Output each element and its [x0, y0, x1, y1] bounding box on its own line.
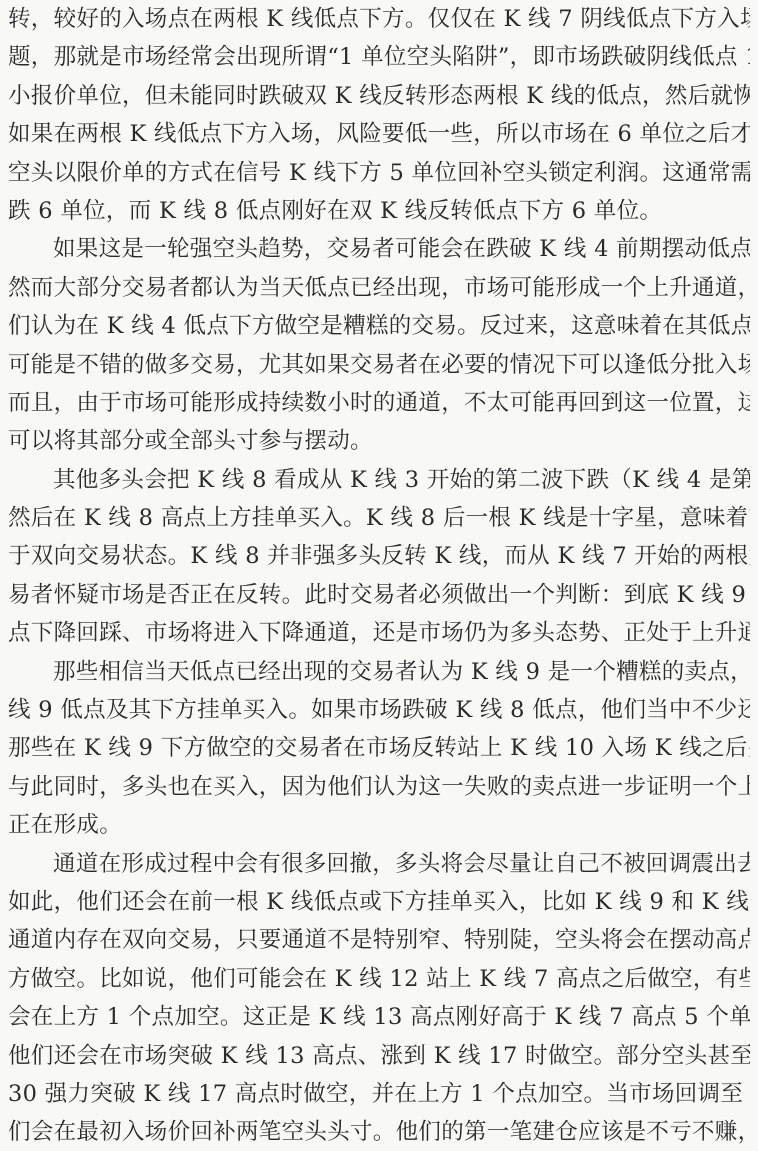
text-line: 如果这是一轮强空头趋势，交易者可能会在跌破 K 线 4 前期摆动低点时做空。	[8, 230, 750, 268]
text-line: 然而大部分交易者都认为当天低点已经出现，市场可能形成一个上升通道，因此他	[8, 269, 750, 307]
paragraph-3: 其他多头会把 K 线 8 看成从 K 线 3 开始的第二波下跌（K 线 4 是第…	[8, 461, 750, 653]
text-line: 如此，他们还会在前一根 K 线低点或下方挂单买入，比如 K 线 9 和 K 线 …	[8, 883, 750, 921]
text-line: 线 9 低点及其下方挂单买入。如果市场跌破 K 线 8 低点，他们当中不少还可能…	[8, 691, 750, 729]
text-line: 其他多头会把 K 线 8 看成从 K 线 3 开始的第二波下跌（K 线 4 是第…	[8, 461, 750, 499]
text-line: 那些在 K 线 9 下方做空的交易者在市场反转站上 K 线 10 入场 K 线之…	[8, 729, 750, 767]
text-line: 正在形成。	[8, 806, 750, 844]
text-line: 30 强力突破 K 线 17 高点时做空，并在上方 1 个点加空。当市场回调至 …	[8, 1075, 750, 1113]
text-line: 点下降回踩、市场将进入下降通道，还是市场仍为多头态势、正处于上升通道初期。	[8, 614, 750, 652]
text-line: 他们还会在市场突破 K 线 13 高点、涨到 K 线 17 时做空。部分空头甚至…	[8, 1037, 750, 1075]
text-line: 可以将其部分或全部头寸参与摆动。	[8, 422, 750, 460]
text-line: 如果在两根 K 线低点下方入场，风险要低一些，所以市场在 6 单位之后才反转走高…	[8, 115, 750, 153]
text-line: 题，那就是市场经常会出现所谓“1 单位空头陷阱”，即市场跌破阴线低点 1 个最	[8, 38, 750, 76]
paragraph-2: 如果这是一轮强空头趋势，交易者可能会在跌破 K 线 4 前期摆动低点时做空。 然…	[8, 230, 750, 460]
text-line: 方做空。比如说，他们可能会在 K 线 12 站上 K 线 7 高点之后做空，有些…	[8, 960, 750, 998]
text-line: 跌 6 单位，而 K 线 8 低点刚好在双 K 线反转低点下方 6 单位。	[8, 192, 750, 230]
paragraph-1: 转，较好的入场点在两根 K 线低点下方。仅仅在 K 线 7 阴线低点下方入场有一…	[8, 0, 750, 230]
paragraph-5: 通道在形成过程中会有很多回撤，多头将会尽量让自己不被回调震出去。不仅 如此，他们…	[8, 845, 750, 1151]
text-line: 通道内存在双向交易，只要通道不是特别窄、特别陡，空头将会在摆动高点或其上	[8, 921, 750, 959]
text-line: 空头以限价单的方式在信号 K 线下方 5 单位回补空头锁定利润。这通常需要市场下	[8, 154, 750, 192]
text-line: 于双向交易状态。K 线 8 并非强多头反转 K 线，而从 K 线 7 开始的两根…	[8, 537, 750, 575]
text-line: 们会在最初入场价回补两笔空头头寸。他们的第一笔建仓应该是不亏不赚，后面的	[8, 1113, 750, 1151]
text-line: 与此同时，多头也在买入，因为他们认为这一失败的卖点进一步证明一个上升通道	[8, 768, 750, 806]
text-line: 那些相信当天低点已经出现的交易者认为 K 线 9 是一个糟糕的卖点，于是在 K	[8, 653, 750, 691]
text-line: 然后在 K 线 8 高点上方挂单买入。K 线 8 后一根 K 线是十字星，意味着…	[8, 499, 750, 537]
document-page: 转，较好的入场点在两根 K 线低点下方。仅仅在 K 线 7 阴线低点下方入场有一…	[8, 0, 750, 1151]
text-line: 小报价单位，但未能同时跌破双 K 线反转形态两根 K 线的低点，然后就恢复上涨。	[8, 77, 750, 115]
text-line: 转，较好的入场点在两根 K 线低点下方。仅仅在 K 线 7 阴线低点下方入场有一…	[8, 0, 750, 38]
text-line: 们认为在 K 线 4 低点下方做空是糟糕的交易。反过来，这意味着在其低点下方买入	[8, 307, 750, 345]
text-line: 而且，由于市场可能形成持续数小时的通道，不太可能再回到这一位置，这些多头	[8, 384, 750, 422]
text-line: 会在上方 1 个点加空。这正是 K 线 13 高点刚好高于 K 线 7 高点 5…	[8, 998, 750, 1036]
text-line: 易者怀疑市场是否正在反转。此时交易者必须做出一个判断：到底 K 线 9 是一个高	[8, 576, 750, 614]
text-line: 可能是不错的做多交易，尤其如果交易者在必要的情况下可以逢低分批入场的话。	[8, 346, 750, 384]
text-line: 通道在形成过程中会有很多回撤，多头将会尽量让自己不被回调震出去。不仅	[8, 845, 750, 883]
paragraph-4: 那些相信当天低点已经出现的交易者认为 K 线 9 是一个糟糕的卖点，于是在 K …	[8, 653, 750, 845]
